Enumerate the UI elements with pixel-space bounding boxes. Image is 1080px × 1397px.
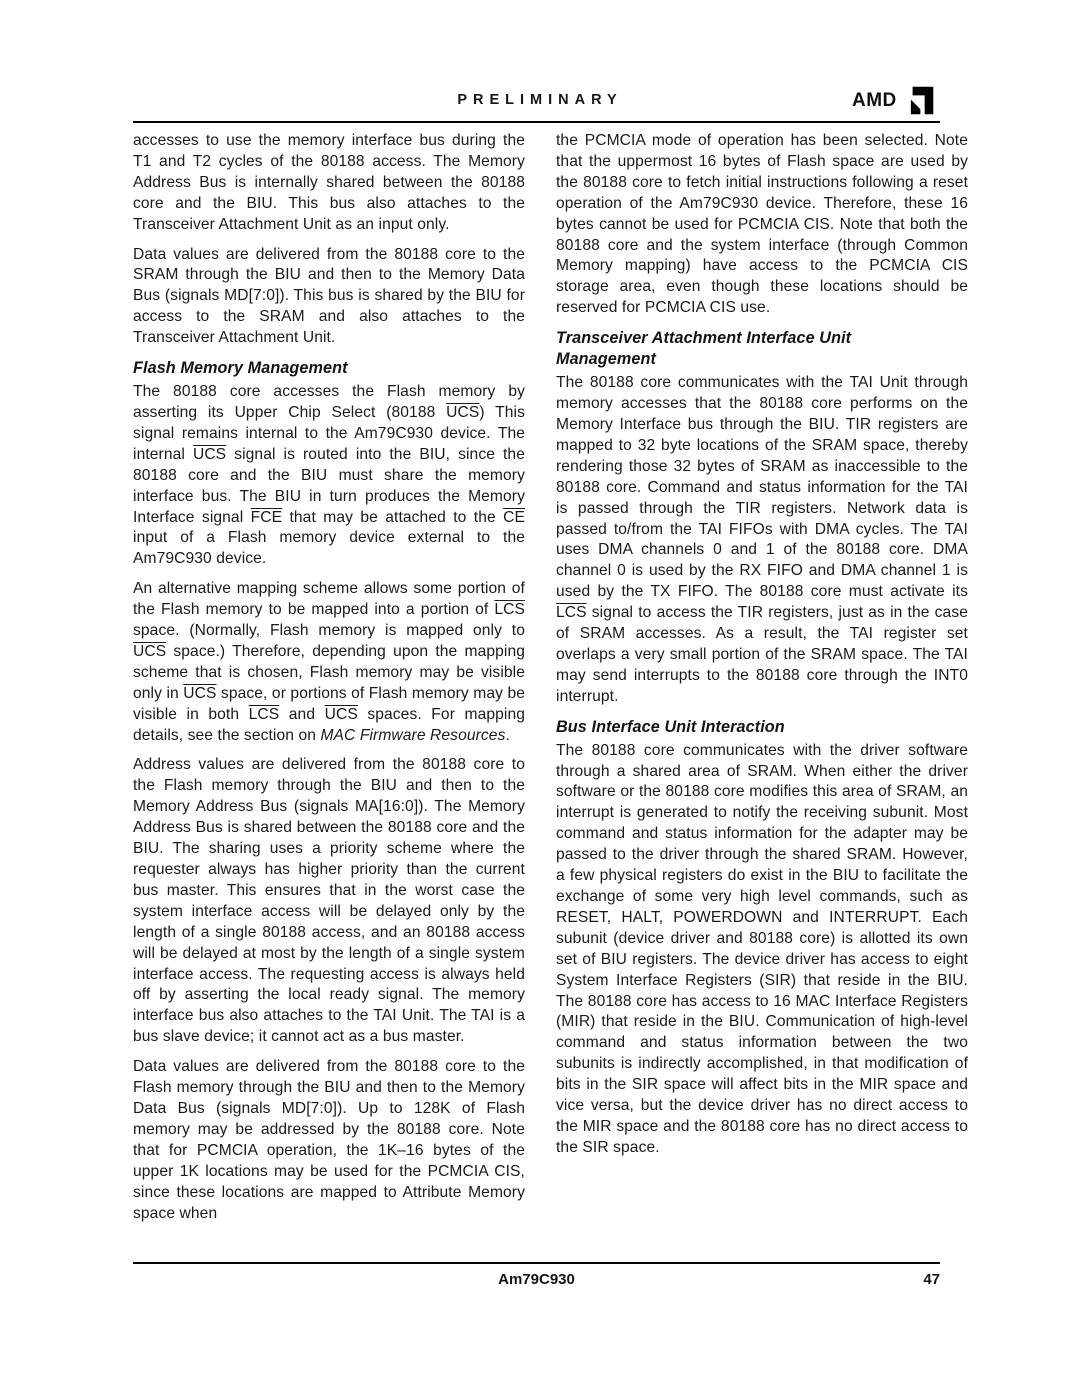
active-low-signal-name: FCE xyxy=(251,509,283,526)
section-heading: Flash Memory Management xyxy=(133,358,525,379)
body-paragraph: the PCMCIA mode of operation has been se… xyxy=(556,131,968,319)
footer-rule xyxy=(133,1262,940,1264)
body-paragraph: Data values are delivered from the 80188… xyxy=(133,1057,525,1224)
body-paragraph: Data values are delivered from the 80188… xyxy=(133,245,525,350)
datasheet-page: PRELIMINARY AMD accesses to use the memo… xyxy=(0,0,1080,1397)
page-number: 47 xyxy=(133,1271,940,1288)
active-low-signal-name: CE xyxy=(503,509,525,526)
right-column: the PCMCIA mode of operation has been se… xyxy=(556,131,968,1168)
section-heading: Transceiver Attachment Interface Unit Ma… xyxy=(556,328,968,370)
emphasis-text: MAC Firmware Resources xyxy=(320,727,505,744)
body-paragraph: The 80188 core communicates with the TAI… xyxy=(556,373,968,708)
body-paragraph: The 80188 core communicates with the dri… xyxy=(556,741,968,1159)
active-low-signal-name: UCS xyxy=(183,685,216,702)
amd-arrow-icon xyxy=(904,85,935,116)
header-rule xyxy=(133,121,940,123)
body-paragraph: accesses to use the memory interface bus… xyxy=(133,131,525,236)
active-low-signal-name: UCS xyxy=(193,446,226,463)
amd-wordmark: AMD xyxy=(852,90,897,112)
active-low-signal-name: LCS xyxy=(249,706,280,723)
active-low-signal-name: LCS xyxy=(494,601,525,618)
active-low-signal-name: UCS xyxy=(133,643,166,660)
active-low-signal-name: LCS xyxy=(556,604,587,621)
active-low-signal-name: UCS xyxy=(446,404,479,421)
body-paragraph: An alternative mapping scheme allows som… xyxy=(133,579,525,746)
body-paragraph: Address values are delivered from the 80… xyxy=(133,755,525,1048)
left-column: accesses to use the memory interface bus… xyxy=(133,131,525,1233)
amd-brand: AMD xyxy=(852,85,935,116)
section-heading: Bus Interface Unit Interaction xyxy=(556,717,968,738)
active-low-signal-name: UCS xyxy=(325,706,358,723)
body-paragraph: The 80188 core accesses the Flash memory… xyxy=(133,382,525,570)
